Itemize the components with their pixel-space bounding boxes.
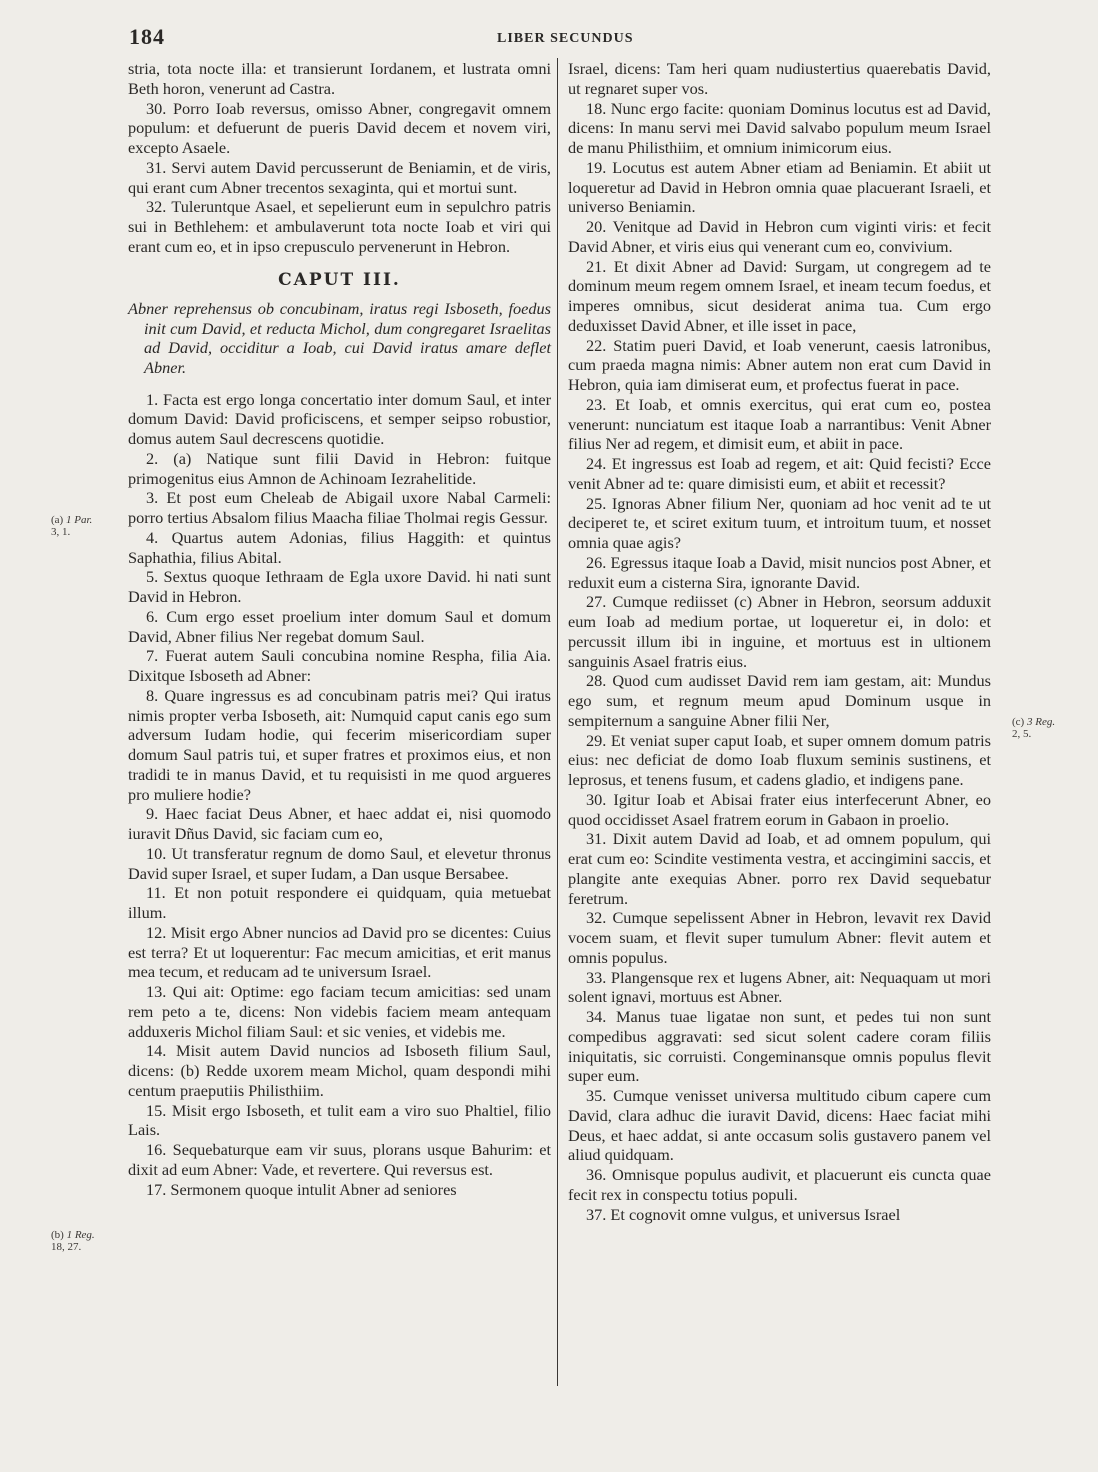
verse: 25. Ignoras Abner filium Ner, quoniam ad… bbox=[568, 494, 991, 553]
verse: 18. Nunc ergo facite: quoniam Dominus lo… bbox=[568, 99, 991, 158]
margin-note-c: (c) 3 Reg. 2, 5. bbox=[1012, 716, 1055, 740]
left-column: stria, tota nocte illa: et transierunt I… bbox=[128, 59, 551, 1199]
verse: 17. Sermonem quoque intulit Abner ad sen… bbox=[128, 1180, 551, 1200]
verse: 26. Egressus itaque Ioab a David, misit … bbox=[568, 553, 991, 593]
verse: 36. Omnisque populus audivit, et placuer… bbox=[568, 1165, 991, 1205]
verse: 32. Cumque sepelissent Abner in Hebron, … bbox=[568, 908, 991, 967]
verse: 2. (a) Natique sunt filii David in Hebro… bbox=[128, 449, 551, 489]
verse: 31. Servi autem David percusserunt de Be… bbox=[128, 158, 551, 198]
chapter-title: CAPUT III. bbox=[128, 271, 551, 291]
verse: 3. Et post eum Cheleab de Abigail uxore … bbox=[128, 488, 551, 528]
verse: 37. Et cognovit omne vulgus, et universu… bbox=[568, 1205, 991, 1225]
note-mark: (c) bbox=[1012, 716, 1024, 728]
verse: 34. Manus tuae ligatae non sunt, et pede… bbox=[568, 1007, 991, 1086]
verse: 15. Misit ergo Isboseth, et tulit eam a … bbox=[128, 1101, 551, 1141]
verse: 29. Et veniat super caput Ioab, et super… bbox=[568, 731, 991, 790]
verse: 13. Qui ait: Optime: ego faciam tecum am… bbox=[128, 982, 551, 1041]
margin-note-a: (a) 1 Par. 3, 1. bbox=[51, 514, 92, 538]
column-divider bbox=[557, 58, 558, 1386]
page-number: 184 bbox=[129, 24, 165, 50]
verse: 12. Misit ergo Abner nuncios ad David pr… bbox=[128, 923, 551, 982]
note-ref: 3 Reg. bbox=[1027, 716, 1055, 728]
verse: 6. Cum ergo esset proelium inter domum S… bbox=[128, 607, 551, 647]
verse: 30. Igitur Ioab et Abisai frater eius in… bbox=[568, 790, 991, 830]
note-loc: 2, 5. bbox=[1012, 728, 1031, 740]
verse: 35. Cumque venisset universa multitudo c… bbox=[568, 1086, 991, 1165]
note-loc: 18, 27. bbox=[51, 1241, 81, 1253]
note-mark: (a) bbox=[51, 514, 63, 526]
chapter-verses-right: 18. Nunc ergo facite: quoniam Dominus lo… bbox=[568, 99, 991, 1225]
note-mark: (b) bbox=[51, 1229, 64, 1241]
verse: 7. Fuerat autem Sauli concubina nomine R… bbox=[128, 646, 551, 686]
verse: 30. Porro Ioab reversus, omisso Abner, c… bbox=[128, 99, 551, 158]
verse: 32. Tuleruntque Asael, et sepelierunt eu… bbox=[128, 197, 551, 256]
verse: 24. Et ingressus est Ioab ad regem, et a… bbox=[568, 454, 991, 494]
note-loc: 3, 1. bbox=[51, 526, 70, 538]
verse: 19. Locutus est autem Abner etiam ad Ben… bbox=[568, 158, 991, 217]
margin-note-b: (b) 1 Reg. 18, 27. bbox=[51, 1229, 95, 1253]
verse: 21. Et dixit Abner ad David: Surgam, ut … bbox=[568, 257, 991, 336]
verse: 16. Sequebaturque eam vir suus, plorans … bbox=[128, 1140, 551, 1180]
verse: 23. Et Ioab, et omnis exercitus, qui era… bbox=[568, 395, 991, 454]
verse: 33. Plangensque rex et lugens Abner, ait… bbox=[568, 968, 991, 1008]
verse: 4. Quartus autem Adonias, filius Haggith… bbox=[128, 528, 551, 568]
verse: 31. Dixit autem David ad Ioab, et ad omn… bbox=[568, 829, 991, 908]
verse: 9. Haec faciat Deus Abner, et haec addat… bbox=[128, 804, 551, 844]
note-ref: 1 Par. bbox=[66, 514, 92, 526]
chapter-summary: Abner reprehensus ob concubinam, iratus … bbox=[128, 299, 551, 377]
verse: 1. Facta est ergo longa concertatio inte… bbox=[128, 390, 551, 449]
verse: 20. Venitque ad David in Hebron cum vigi… bbox=[568, 217, 991, 257]
verse: 10. Ut transferatur regnum de domo Saul,… bbox=[128, 844, 551, 884]
verse: 8. Quare ingressus es ad concubinam patr… bbox=[128, 686, 551, 805]
verse: 5. Sextus quoque Iethraam de Egla uxore … bbox=[128, 567, 551, 607]
verses-before-chapter: 30. Porro Ioab reversus, omisso Abner, c… bbox=[128, 99, 551, 257]
running-head: LIBER SECUNDUS bbox=[497, 31, 634, 47]
verse: 22. Statim pueri David, et Ioab venerunt… bbox=[568, 336, 991, 395]
book-page: 184 LIBER SECUNDUS stria, tota nocte ill… bbox=[0, 0, 1098, 1472]
verse: 14. Misit autem David nuncios ad Isboset… bbox=[128, 1041, 551, 1100]
verse: 28. Quod cum audisset David rem iam gest… bbox=[568, 671, 991, 730]
verse: 11. Et non potuit respondere ei quidquam… bbox=[128, 883, 551, 923]
verse: 27. Cumque rediisset (c) Abner in Hebron… bbox=[568, 592, 991, 671]
note-ref: 1 Reg. bbox=[67, 1229, 95, 1241]
continuation-text: Israel, dicens: Tam heri quam nudiustert… bbox=[568, 59, 991, 99]
right-column: Israel, dicens: Tam heri quam nudiustert… bbox=[568, 59, 991, 1224]
continuation-text: stria, tota nocte illa: et transierunt I… bbox=[128, 59, 551, 99]
chapter-verses-left: 1. Facta est ergo longa concertatio inte… bbox=[128, 390, 551, 1200]
